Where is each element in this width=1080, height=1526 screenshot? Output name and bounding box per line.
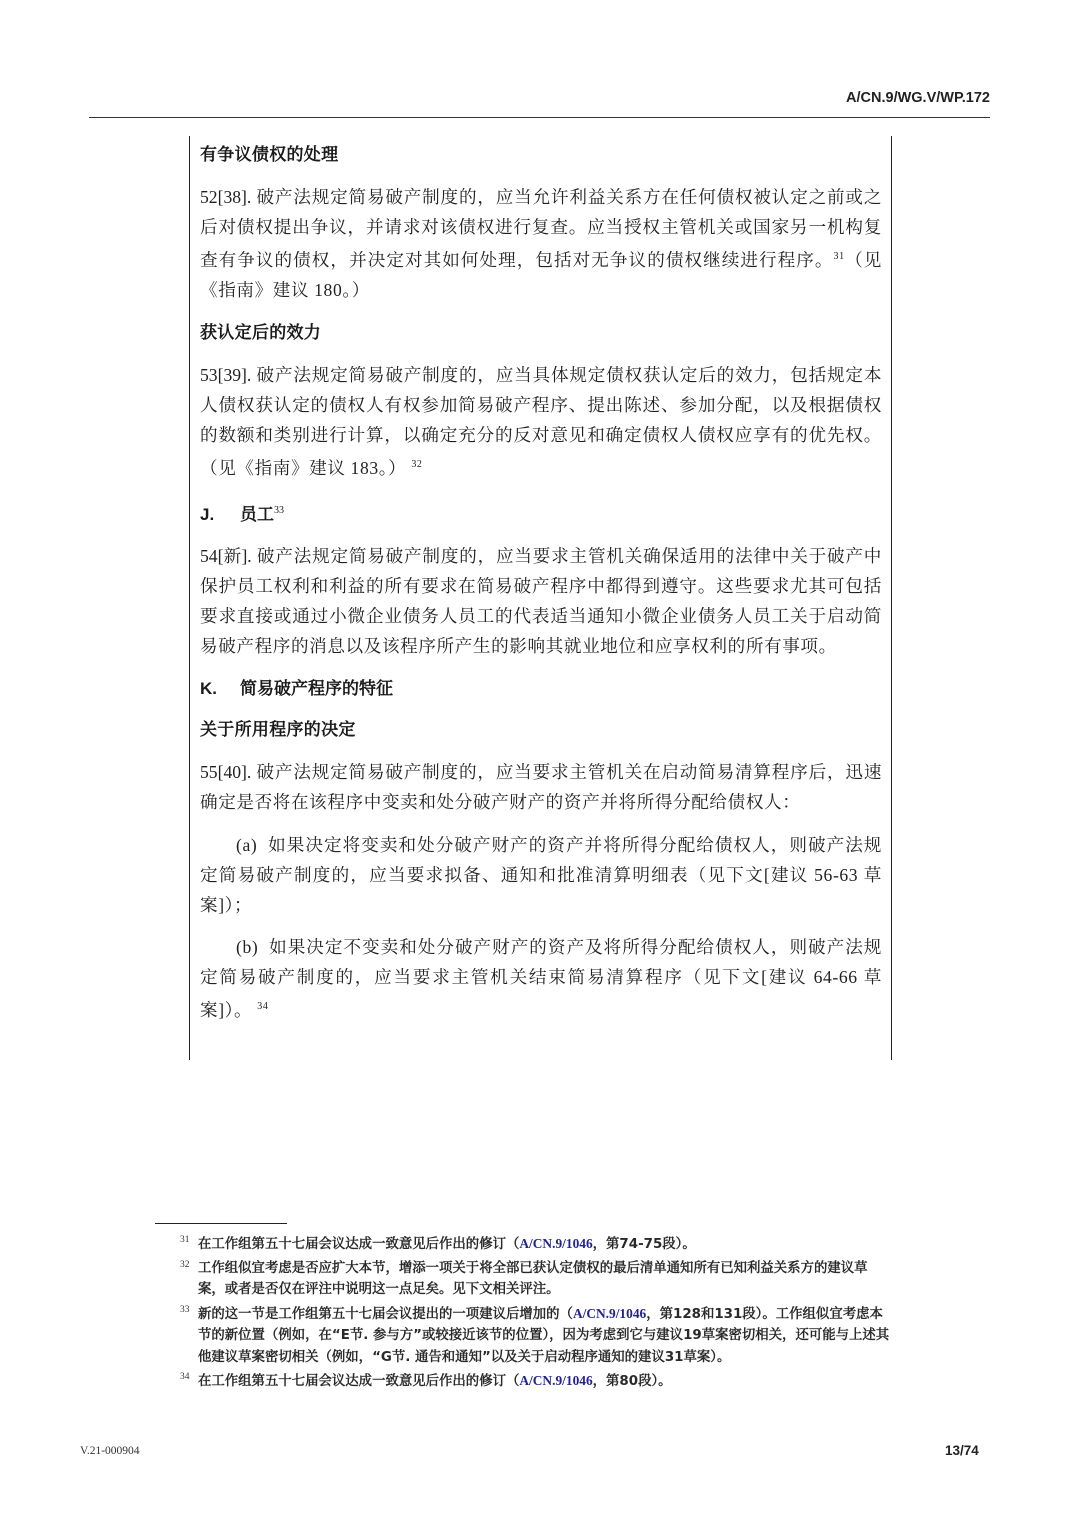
footnotes: 31在工作组第五十七届会议达成一致意见后作出的修订（A/CN.9/1046，第7…	[180, 1233, 890, 1395]
section-heading-j: J.员工33	[200, 496, 882, 530]
job-number: V.21-000904	[80, 1445, 140, 1457]
footnote-33: 33新的这一节是工作组第五十七届会议提出的一项建议后增加的（A/CN.9/104…	[180, 1303, 890, 1369]
footnote-text: ，第80段）。	[593, 1374, 672, 1389]
footnote-ref-32[interactable]: 32	[411, 459, 422, 470]
subparagraph-number: (a)	[236, 835, 257, 855]
footnote-ref-33[interactable]: 33	[274, 505, 284, 516]
document-symbol: A/CN.9/WG.V/WP.172	[846, 90, 990, 106]
boxed-recommendations: 有争议债权的处理 52[38]. 破产法规定简易破产制度的，应当允许利益关系方在…	[200, 140, 882, 1037]
paragraph-text: 破产法规定简易破产制度的，应当允许利益关系方在任何债权被认定之前或之后对债权提出…	[200, 187, 882, 270]
paragraph-text: 破产法规定简易破产制度的，应当要求主管机关在启动简易清算程序后，迅速确定是否将在…	[200, 762, 882, 812]
footnote-text: ，第74-75段）。	[593, 1237, 696, 1252]
page-number: 13/74	[945, 1443, 979, 1458]
paragraph-53: 53[39]. 破产法规定简易破产制度的，应当具体规定债权获认定后的效力，包括规…	[200, 360, 882, 483]
footnote-number: 31	[180, 1230, 190, 1252]
footnote-text: 在工作组第五十七届会议达成一致意见后作出的修订（	[198, 1374, 519, 1389]
footnote-text: 新的这一节是工作组第五十七届会议提出的一项建议后增加的（	[198, 1307, 573, 1322]
footnote-32: 32工作组似宜考虑是否应扩大本节，增添一项关于将全部已获认定债权的最后清单通知所…	[180, 1258, 890, 1301]
subheading-procedure-decision: 关于所用程序的决定	[200, 715, 882, 745]
subheading-disputed-claims: 有争议债权的处理	[200, 140, 882, 170]
paragraph-number: 55[40].	[200, 762, 251, 782]
paragraph-text: 破产法规定简易破产制度的，应当具体规定债权获认定后的效力，包括规定本人债权获认定…	[200, 365, 882, 478]
box-right-border	[891, 136, 892, 1060]
document-link[interactable]: A/CN.9/1046	[573, 1306, 646, 1321]
section-title: 简易破产程序的特征	[240, 679, 393, 699]
paragraph-number: 54[新].	[200, 546, 252, 566]
paragraph-number: 52[38].	[200, 187, 251, 207]
header-rule	[89, 117, 990, 118]
footnote-number: 33	[180, 1300, 190, 1322]
paragraph-52: 52[38]. 破产法规定简易破产制度的，应当允许利益关系方在任何债权被认定之前…	[200, 182, 882, 305]
footnote-ref-31[interactable]: 31	[834, 251, 845, 262]
paragraph-55: 55[40]. 破产法规定简易破产制度的，应当要求主管机关在启动简易清算程序后，…	[200, 757, 882, 817]
paragraph-number: 53[39].	[200, 365, 251, 385]
footnote-separator	[155, 1223, 287, 1224]
footnote-number: 32	[180, 1255, 190, 1277]
footnote-text: 工作组似宜考虑是否应扩大本节，增添一项关于将全部已获认定债权的最后清单通知所有已…	[198, 1261, 868, 1298]
subparagraph-text: 如果决定将变卖和处分破产财产的资产并将所得分配给债权人，则破产法规定简易破产制度…	[200, 835, 882, 915]
section-letter: K.	[200, 674, 240, 704]
paragraph-text: 破产法规定简易破产制度的，应当要求主管机关确保适用的法律中关于破产中保护员工权利…	[200, 546, 882, 656]
section-letter: J.	[200, 500, 240, 530]
paragraph-54: 54[新]. 破产法规定简易破产制度的，应当要求主管机关确保适用的法律中关于破产…	[200, 541, 882, 661]
document-link[interactable]: A/CN.9/1046	[519, 1373, 592, 1388]
subparagraph-number: (b)	[236, 937, 258, 957]
box-left-border	[189, 136, 190, 1060]
footnote-34: 34在工作组第五十七届会议达成一致意见后作出的修订（A/CN.9/1046，第8…	[180, 1370, 890, 1393]
footnote-text: 在工作组第五十七届会议达成一致意见后作出的修订（	[198, 1237, 519, 1252]
subheading-effect-of-admission: 获认定后的效力	[200, 318, 882, 348]
subparagraph-text: 如果决定不变卖和处分破产财产的资产及将所得分配给债权人，则破产法规定简易破产制度…	[200, 937, 882, 1020]
subparagraph-b: (b) 如果决定不变卖和处分破产财产的资产及将所得分配给债权人，则破产法规定简易…	[200, 932, 882, 1025]
footnote-31: 31在工作组第五十七届会议达成一致意见后作出的修订（A/CN.9/1046，第7…	[180, 1233, 890, 1256]
document-link[interactable]: A/CN.9/1046	[519, 1236, 592, 1251]
subparagraph-a: (a) 如果决定将变卖和处分破产财产的资产并将所得分配给债权人，则破产法规定简易…	[200, 830, 882, 920]
footnote-number: 34	[180, 1367, 190, 1389]
footnote-ref-34[interactable]: 34	[257, 1001, 268, 1012]
section-heading-k: K.简易破产程序的特征	[200, 674, 882, 704]
section-title: 员工	[240, 505, 274, 525]
